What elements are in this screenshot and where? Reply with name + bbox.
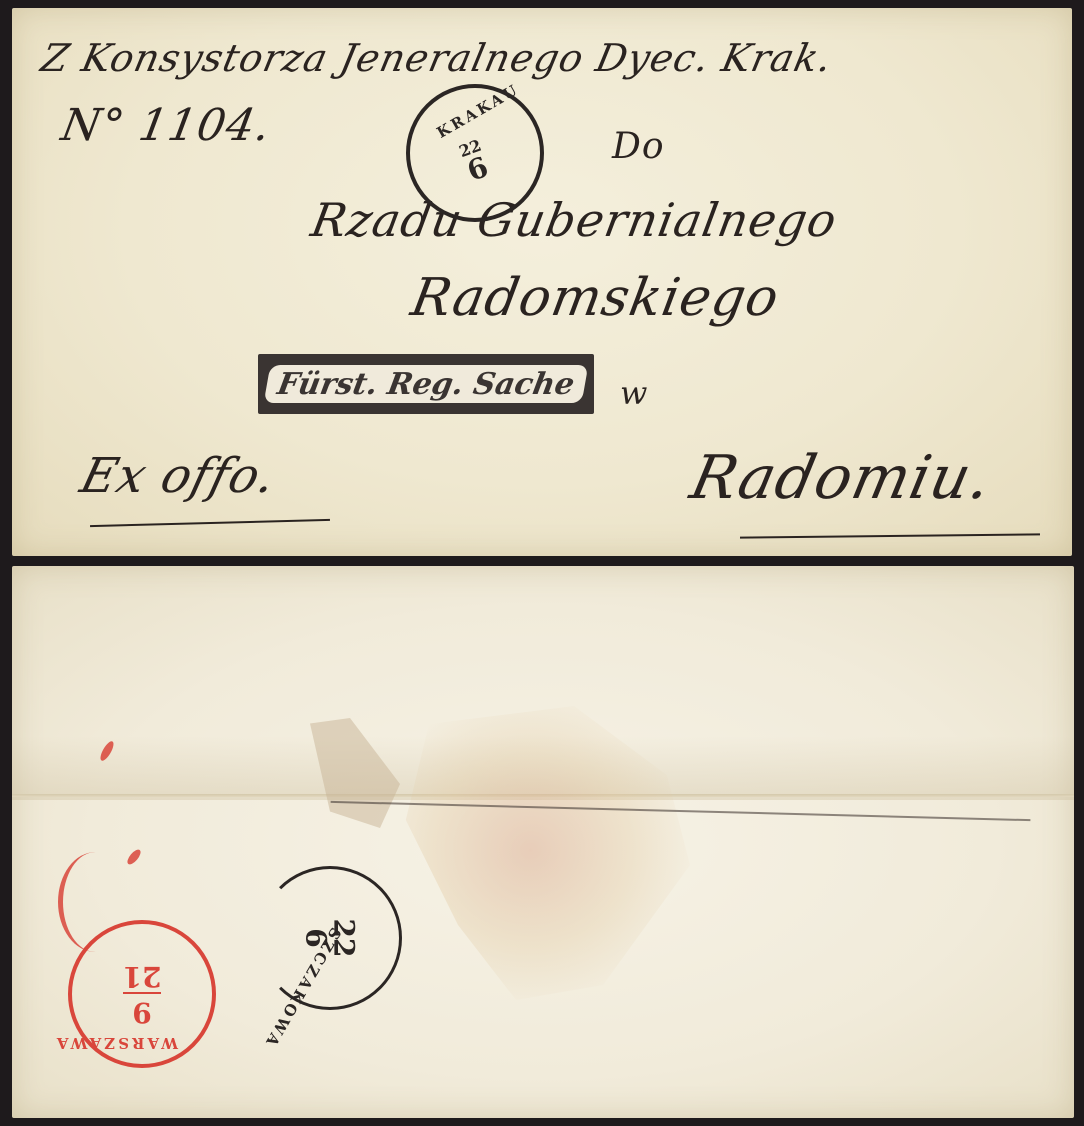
destination-underline	[740, 533, 1040, 538]
ex-offo-marking: Ex offo.	[75, 448, 282, 504]
destination-city: Radomiu.	[685, 443, 999, 513]
krakau-postmark: KRAKAU 22 6	[406, 84, 544, 222]
addressee-line2: Radomskiego	[407, 268, 784, 328]
boxed-cancel: Fürst. Reg. Sache	[258, 354, 594, 414]
sender-line: Z Konsystorza Jeneralnego Dyec. Krak.	[37, 36, 836, 80]
postmark-town: KRAKAU	[434, 80, 523, 142]
salutation: Do	[612, 126, 665, 167]
postmark-month: 6	[462, 153, 492, 187]
transit-postmark-month: 6	[302, 919, 330, 958]
reference-number: N° 1104.	[58, 100, 275, 151]
arrival-postmark-month: 21	[123, 962, 162, 994]
cover-front: Z Konsystorza Jeneralnego Dyec. Krak. N°…	[12, 8, 1072, 556]
preposition: w	[620, 374, 648, 412]
szczakowa-postmark: SZCZAKOWA 22 6	[258, 866, 402, 1010]
addressee-line1: Rzadu Gubernialnego	[307, 193, 841, 247]
ex-offo-underline	[90, 519, 330, 527]
warszawa-postmark: WARSZAWA 9 21	[68, 920, 216, 1068]
arrival-postmark-town: WARSZAWA	[54, 1034, 178, 1052]
transit-postmark-day: 22	[330, 919, 358, 958]
boxed-cancel-text: Fürst. Reg. Sache	[264, 365, 589, 403]
arrival-postmark-day: 9	[123, 998, 162, 1026]
